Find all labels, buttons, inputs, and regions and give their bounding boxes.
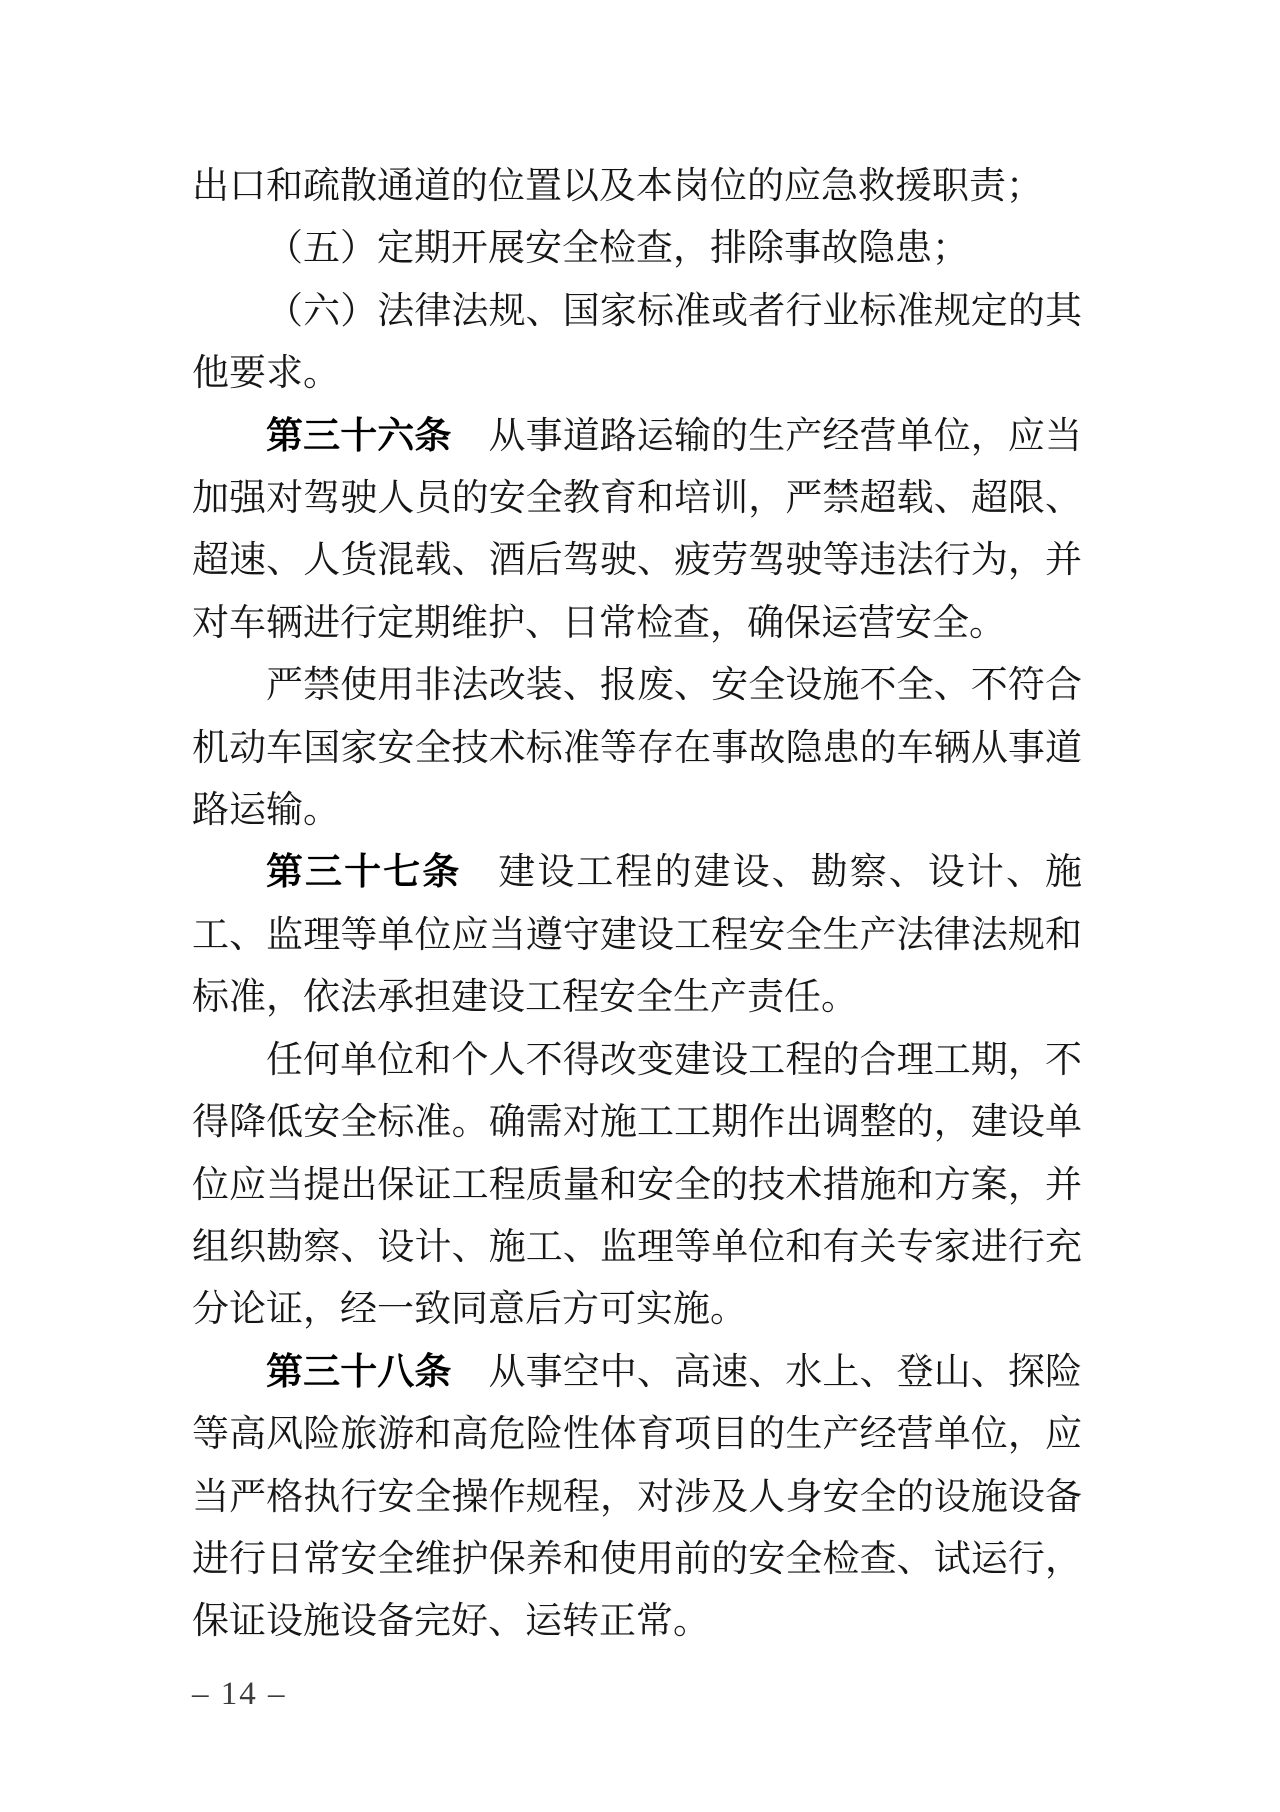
document-page: 出口和疏散通道的位置以及本岗位的应急救援职责； （五）定期开展安全检查，排除事故… [0, 0, 1280, 1812]
article-37-number: 第三十七条 [266, 852, 461, 893]
paragraph-article-37-clause-2: 任何单位和个人不得改变建设工程的合理工期，不得降低安全标准。确需对施工工期作出调… [192, 1030, 1082, 1342]
paragraph-item-6: （六）法律法规、国家标准或者行业标准规定的其他要求。 [192, 281, 1082, 406]
paragraph-article-36-clause-2: 严禁使用非法改装、报废、安全设施不全、不符合机动车国家安全技术标准等存在事故隐患… [192, 655, 1082, 842]
paragraph-article-37: 第三十七条建设工程的建设、勘察、设计、施工、监理等单位应当遵守建设工程安全生产法… [192, 842, 1082, 1029]
paragraph-article-38: 第三十八条从事空中、高速、水上、登山、探险等高风险旅游和高危险性体育项目的生产经… [192, 1342, 1082, 1654]
paragraph-continuation: 出口和疏散通道的位置以及本岗位的应急救援职责； [192, 156, 1082, 218]
document-body: 出口和疏散通道的位置以及本岗位的应急救援职责； （五）定期开展安全检查，排除事故… [192, 156, 1082, 1654]
article-36-number: 第三十六条 [266, 416, 452, 457]
article-38-number: 第三十八条 [266, 1352, 452, 1393]
article-38-text: 从事空中、高速、水上、登山、探险等高风险旅游和高危险性体育项目的生产经营单位，应… [192, 1352, 1082, 1643]
paragraph-article-36: 第三十六条从事道路运输的生产经营单位，应当加强对驾驶人员的安全教育和培训，严禁超… [192, 406, 1082, 656]
paragraph-item-5: （五）定期开展安全检查，排除事故隐患； [192, 218, 1082, 280]
page-number: – 14 – [192, 1676, 287, 1713]
